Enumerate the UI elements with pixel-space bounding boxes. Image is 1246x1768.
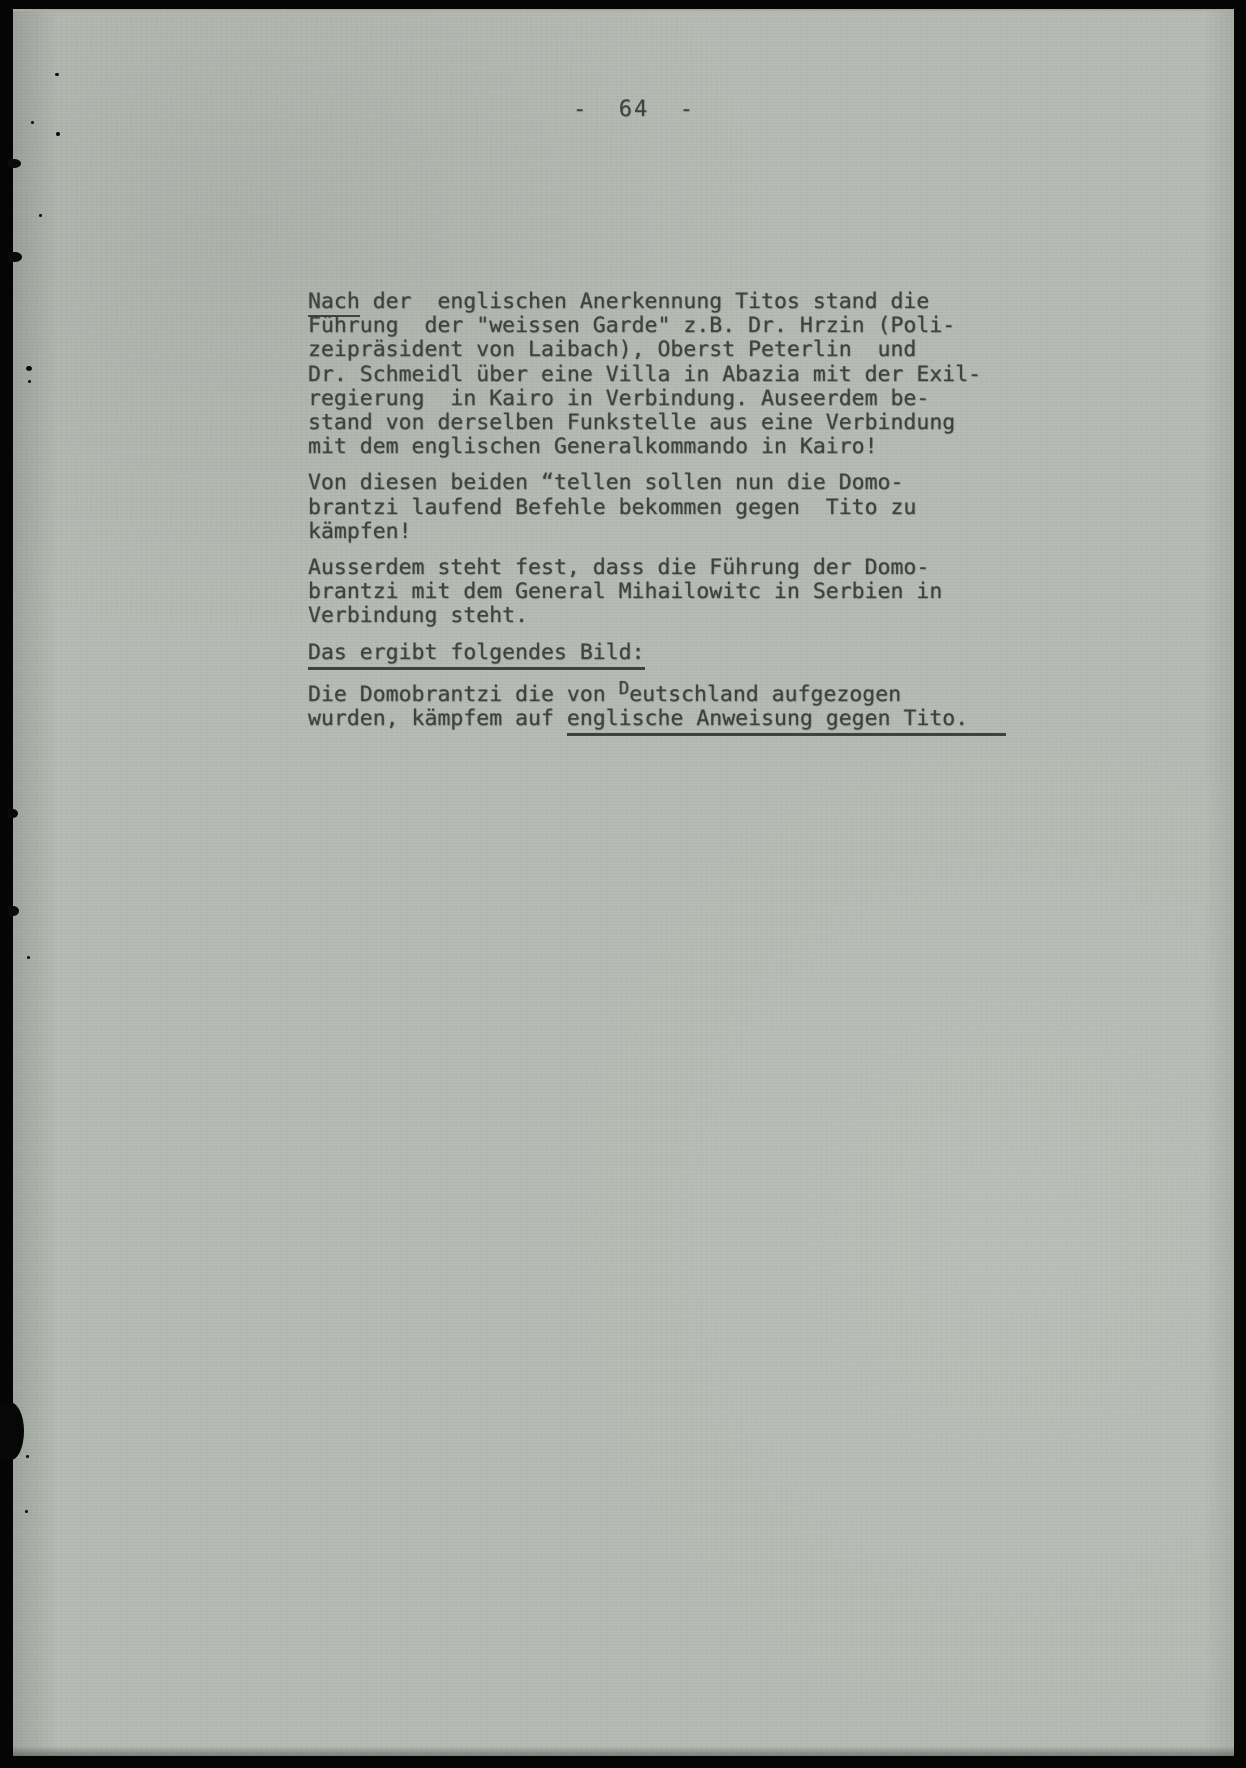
paper-sheet: - 64 - Nach der englischen Anerkennung T… bbox=[13, 9, 1234, 1756]
scan-artifact bbox=[39, 214, 42, 217]
paragraph: Nach der englischen Anerkennung Titos st… bbox=[308, 290, 1008, 459]
scan-artifact bbox=[8, 159, 21, 168]
paragraph: Die Domobrantzi die von Deutschland aufg… bbox=[308, 677, 1008, 731]
text-run: Die Domobrantzi die von bbox=[308, 682, 619, 707]
scan-artifact bbox=[8, 252, 22, 262]
scan-artifact bbox=[8, 906, 19, 916]
scan-artifact bbox=[26, 366, 32, 371]
document-body: Nach der englischen Anerkennung Titos st… bbox=[308, 290, 1008, 743]
scan-artifact bbox=[55, 73, 59, 76]
scan-artifact bbox=[25, 1510, 28, 1513]
paragraph: Von diesen beiden “tellen sollen nun die… bbox=[308, 471, 1008, 544]
scan-artifact bbox=[27, 956, 30, 959]
text-run: der englischen Anerkennung Titos stand d… bbox=[308, 289, 981, 459]
scan-artifact bbox=[8, 809, 18, 818]
underlined-text: Das ergibt folgendes Bild: bbox=[308, 640, 645, 670]
scan-viewport: { "page": { "number_label": "- 64 -" }, … bbox=[0, 0, 1246, 1768]
scan-artifact bbox=[31, 121, 34, 124]
paragraph: Ausserdem steht fest, dass die Führung d… bbox=[308, 556, 1008, 629]
text-run: Von diesen beiden “tellen sollen nun die… bbox=[308, 470, 916, 543]
text-run: Ausserdem steht fest, dass die Führung d… bbox=[308, 555, 942, 628]
paragraph-heading: Das ergibt folgendes Bild: bbox=[308, 641, 1008, 665]
text-run: D bbox=[619, 679, 630, 699]
scan-artifact bbox=[28, 380, 31, 383]
scan-artifact bbox=[56, 132, 60, 136]
page-number: - 64 - bbox=[573, 97, 695, 122]
underlined-text: englische Anweisung gegen Tito. bbox=[567, 706, 1006, 736]
scan-artifact bbox=[26, 1455, 29, 1458]
